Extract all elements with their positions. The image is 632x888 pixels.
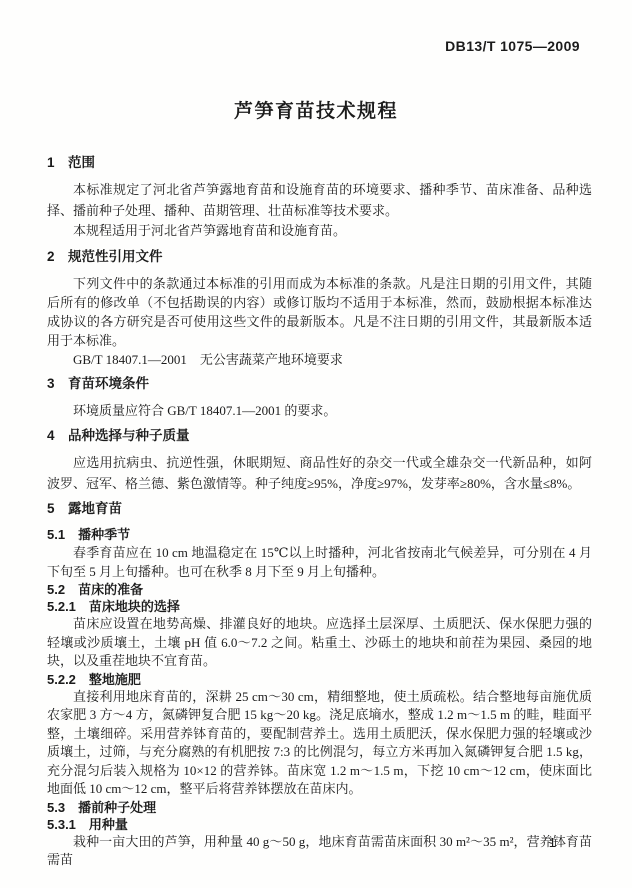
- section-5-3-heading: 5.3 播前种子处理: [47, 799, 592, 816]
- section-5-3-1-heading: 5.3.1 用种量: [47, 816, 592, 833]
- document-page: DB13/T 1075—2009 芦笋育苗技术规程 1 范围 本标准规定了河北省…: [0, 0, 632, 888]
- document-title: 芦笋育苗技术规程: [0, 96, 632, 123]
- section-3-paragraph-1: 环境质量应符合 GB/T 18407.1—2001 的要求。: [47, 401, 592, 422]
- section-2-reference: GB/T 18407.1—2001 无公害蔬菜产地环境要求: [47, 350, 592, 369]
- section-2-paragraph-1: 下列文件中的条款通过本标准的引用而成为本标准的条款。凡是注日期的引用文件，其随后…: [47, 274, 592, 350]
- section-5-heading: 5 露地育苗: [47, 500, 592, 518]
- section-5-2-2-heading: 5.2.2 整地施肥: [47, 671, 592, 688]
- section-5-1-paragraph-1: 春季育苗应在 10 cm 地温稳定在 15℃以上时播种，河北省按南北气候差异，可…: [47, 543, 592, 581]
- section-3-heading: 3 育苗环境条件: [47, 375, 592, 393]
- standard-code: DB13/T 1075—2009: [445, 38, 580, 54]
- section-4-paragraph-1: 应选用抗病虫、抗逆性强，休眠期短、商品性好的杂交一代或全雄杂交一代新品种，如阿波…: [47, 453, 592, 494]
- section-5-2-heading: 5.2 苗床的准备: [47, 581, 592, 598]
- section-5-2-1-paragraph-1: 苗床应设置在地势高燥、排灌良好的地块。应选择土层深厚、土质肥沃、保水保肥力强的轻…: [47, 615, 592, 671]
- document-body: 1 范围 本标准规定了河北省芦笋露地育苗和设施育苗的环境要求、播种季节、苗床准备…: [47, 148, 592, 870]
- page-number: 1: [549, 835, 556, 850]
- section-5-3-1-paragraph-1: 栽种一亩大田的芦笋，用种量 40 g～50 g，地床育苗需苗床面积 30 m²～…: [47, 833, 592, 870]
- section-5-2-2-paragraph-1: 直接利用地床育苗的，深耕 25 cm～30 cm，精细整地，使土质疏松。结合整地…: [47, 688, 592, 799]
- section-5-1-heading: 5.1 播种季节: [47, 526, 592, 543]
- section-1-paragraph-2: 本规程适用于河北省芦笋露地育苗和设施育苗。: [47, 221, 592, 242]
- section-5-2-1-heading: 5.2.1 苗床地块的选择: [47, 598, 592, 615]
- section-1-paragraph-1: 本标准规定了河北省芦笋露地育苗和设施育苗的环境要求、播种季节、苗床准备、品种选择…: [47, 180, 592, 221]
- section-4-heading: 4 品种选择与种子质量: [47, 427, 592, 445]
- section-1-heading: 1 范围: [47, 154, 592, 172]
- section-2-heading: 2 规范性引用文件: [47, 248, 592, 266]
